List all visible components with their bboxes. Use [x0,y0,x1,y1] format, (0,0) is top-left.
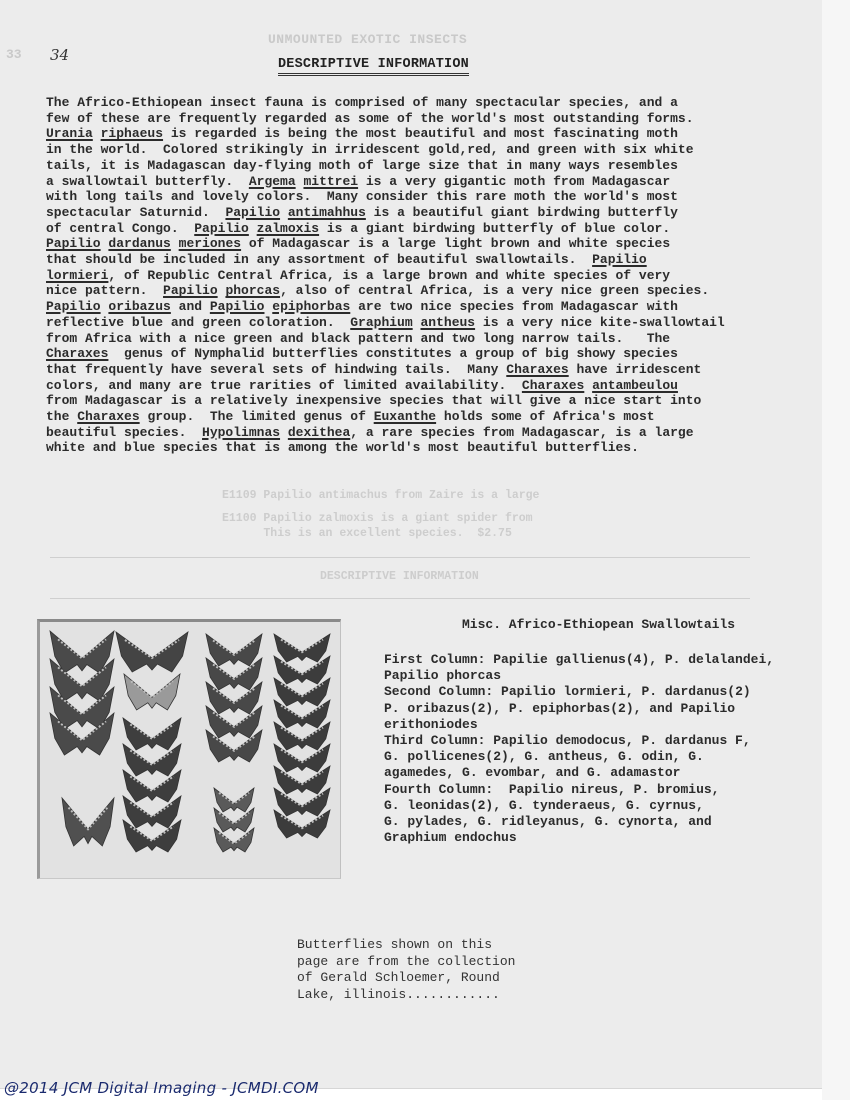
paragraph-line: Papilio oribazus and Papilio epiphorbas … [46,299,786,315]
species-name: zalmoxis [257,221,319,236]
paragraph-line: Charaxes genus of Nymphalid butterflies … [46,346,786,362]
plate-column-entry: First Column: Papilie gallienus(4), P. d… [384,652,804,684]
document-page: UNMOUNTED EXOTIC INSECTS 33 E1109 Papili… [0,0,823,1089]
paragraph-line: with long tails and lovely colors. Many … [46,189,786,205]
bleed-through-line: E1109 Papilio antimachus from Zaire is a… [222,489,539,502]
text-run: that frequently have several sets of hin… [46,362,506,377]
text-run: the [46,409,77,424]
species-name: antheus [420,315,475,330]
text-run: few of these are frequently regarded as … [46,111,694,126]
copyright-watermark: @2014 JCM Digital Imaging - JCMDI.COM [4,1079,319,1097]
plate-column-label: Third Column: [384,733,493,748]
paragraph-line: nice pattern. Papilio phorcas, also of c… [46,283,786,299]
species-name: Papilio [210,299,265,314]
paragraph-line: that frequently have several sets of hin… [46,362,786,378]
text-run: are two nice species from Madagascar wit… [350,299,678,314]
text-run [280,205,288,220]
plate-column-entry: Fourth Column: Papilio nireus, P. bromiu… [384,782,804,847]
species-name: dardanus [108,236,170,251]
text-run: reflective blue and green coloration. [46,315,350,330]
text-run: is a very nice kite-swallowtail [475,315,725,330]
species-name: Papilio [163,283,218,298]
butterfly-specimen [116,632,188,672]
bleed-through-rule [50,598,750,599]
species-name: epiphorbas [272,299,350,314]
species-name: oribazus [108,299,170,314]
text-run: is a giant birdwing butterfly of blue co… [319,221,670,236]
paragraph-line: the Charaxes group. The limited genus of… [46,409,786,425]
text-run: is a very gigantic moth from Madagascar [358,174,670,189]
species-name: Argema [249,174,296,189]
plate-column-label: First Column: [384,652,493,667]
handwritten-page-number: 34 [50,46,69,64]
text-run [280,425,288,440]
butterfly-specimen [274,634,330,662]
paragraph-line: lormieri, of Republic Central Africa, is… [46,268,786,284]
bleed-through-line: E1100 Papilio zalmoxis is a giant spider… [222,512,533,525]
plate-column-entry: Second Column: Papilio lormieri, P. dard… [384,684,804,733]
text-run: , a rare species from Madagascar, is a l… [350,425,693,440]
species-name: Urania [46,126,93,141]
species-name: Charaxes [77,409,139,424]
text-run: spectacular Saturnid. [46,205,225,220]
plate-column-list: First Column: Papilie gallienus(4), P. d… [384,652,804,846]
butterfly-specimen [123,718,181,750]
text-run: of Madagascar is a large light brown and… [241,236,670,251]
text-run: a swallowtail butterfly. [46,174,249,189]
descriptive-paragraph: The Africo-Ethiopean insect fauna is com… [46,95,786,456]
species-name: antambeulou [592,378,678,393]
paragraph-line: colors, and many are true rarities of li… [46,378,786,394]
species-name: Papilio [46,236,101,251]
text-run: holds some of Africa's most [436,409,654,424]
text-run [171,236,179,251]
text-run: that should be included in any assortmen… [46,252,592,267]
paragraph-line: white and blue species that is among the… [46,440,786,456]
paragraph-line: from Madagascar is a relatively inexpens… [46,393,786,409]
text-run: genus of Nymphalid butterflies constitut… [108,346,678,361]
paragraph-line: beautiful species. Hypolimnas dexithea, … [46,425,786,441]
text-run: is a beautiful giant birdwing butterfly [366,205,678,220]
text-run: from Madagascar is a relatively inexpens… [46,393,701,408]
species-name: Euxanthe [374,409,436,424]
text-run: from Africa with a nice green and black … [46,331,670,346]
species-name: Charaxes [522,378,584,393]
text-run [249,221,257,236]
species-name: dexithea [288,425,350,440]
text-run: tails, it is Madagascan day-flying moth … [46,158,678,173]
bleed-through-rule [50,557,750,558]
text-run: of central Congo. [46,221,194,236]
species-name: Papilio [46,299,101,314]
species-name: Papilio [194,221,249,236]
paragraph-line: a swallowtail butterfly. Argema mittrei … [46,174,786,190]
bleed-through-page-number: 33 [6,47,22,62]
text-run: and [171,299,210,314]
paragraph-line: from Africa with a nice green and black … [46,331,786,347]
text-run [584,378,592,393]
species-name: Charaxes [46,346,108,361]
species-name: Graphium [350,315,412,330]
text-run: have irridescent [569,362,702,377]
paragraph-line: that should be included in any assortmen… [46,252,786,268]
text-run: colors, and many are true rarities of li… [46,378,522,393]
text-run [93,126,101,141]
butterfly-silhouettes [40,622,340,878]
butterfly-specimen [206,634,262,666]
paragraph-line: reflective blue and green coloration. Gr… [46,315,786,331]
butterfly-specimen [62,798,114,846]
butterfly-plate-photo [37,619,341,879]
species-name: mittrei [303,174,358,189]
paragraph-line: few of these are frequently regarded as … [46,111,786,127]
collection-credit: Butterflies shown on this page are from … [297,937,515,1003]
text-run: is regarded is being the most beautiful … [163,126,678,141]
plate-column-label: Second Column: [384,684,501,699]
species-name: Hypolimnas [202,425,280,440]
paragraph-line: tails, it is Madagascan day-flying moth … [46,158,786,174]
plate-column-label: Fourth Column: [384,782,501,797]
text-run: in the world. Colored strikingly in irri… [46,142,694,157]
text-run: The Africo-Ethiopean insect fauna is com… [46,95,678,110]
bleed-through-title: UNMOUNTED EXOTIC INSECTS [268,32,467,47]
species-name: Charaxes [506,362,568,377]
species-name: Papilio [225,205,280,220]
paragraph-line: spectacular Saturnid. Papilio antimahhus… [46,205,786,221]
species-name: riphaeus [101,126,163,141]
butterfly-specimen [124,674,180,710]
butterfly-specimen [214,808,254,832]
paragraph-line: of central Congo. Papilio zalmoxis is a … [46,221,786,237]
text-run: group. The limited genus of [140,409,374,424]
species-name: meriones [179,236,241,251]
text-run: white and blue species that is among the… [46,440,639,455]
butterfly-specimen [214,788,254,812]
plate-title: Misc. Africo-Ethiopean Swallowtails [462,617,735,632]
species-name: Papilio [592,252,647,267]
text-run: with long tails and lovely colors. Many … [46,189,678,204]
paragraph-line: in the world. Colored strikingly in irri… [46,142,786,158]
text-run: beautiful species. [46,425,202,440]
page-heading: DESCRIPTIVE INFORMATION [278,57,469,76]
scan-edge [822,0,850,1100]
species-name: lormieri [46,268,108,283]
species-name: antimahhus [288,205,366,220]
paragraph-line: The Africo-Ethiopean insect fauna is com… [46,95,786,111]
species-name: phorcas [225,283,280,298]
plate-column-entry: Third Column: Papilio demodocus, P. dard… [384,733,804,782]
text-run: , of Republic Central Africa, is a large… [108,268,670,283]
paragraph-line: Urania riphaeus is regarded is being the… [46,126,786,142]
bleed-through-line: This is an excellent species. $2.75 [222,527,512,540]
butterfly-specimen [214,828,254,852]
bleed-through-line: DESCRIPTIVE INFORMATION [320,570,479,583]
paragraph-line: Papilio dardanus meriones of Madagascar … [46,236,786,252]
text-run: nice pattern. [46,283,163,298]
text-run: , also of central Africa, is a very nice… [280,283,709,298]
